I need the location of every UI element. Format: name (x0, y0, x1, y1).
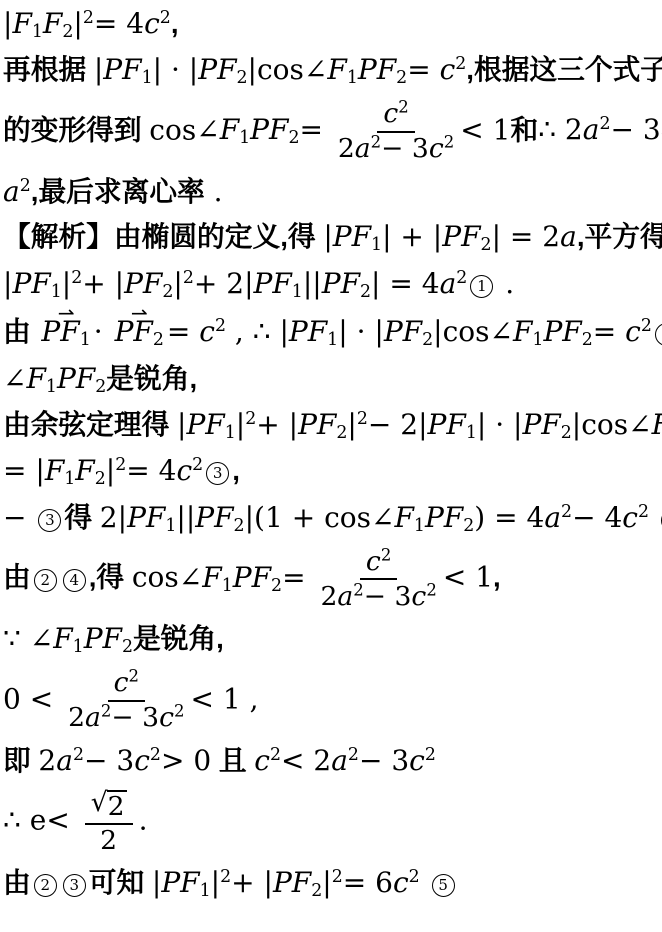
fraction-denominator: 2a2− 3c2 (338, 133, 454, 165)
chinese-text: ,平方得 (577, 221, 662, 252)
vector: ⇀PF2 (115, 312, 164, 351)
fraction-numerator: c2 (377, 99, 414, 133)
fraction-denominator: 2a2− 3c2 (320, 580, 436, 612)
math-run: ∴ (3, 804, 30, 837)
circled-equation-number: 3 (63, 874, 86, 897)
chinese-text: ,得 (89, 562, 132, 593)
math-roman: cos (149, 113, 196, 146)
math-line-9: 由余弦定理得 |PF1|2+ |PF2|2− 2|PF1| · |PF2|cos… (3, 407, 660, 444)
math-run: · (94, 315, 112, 348)
fraction: c22a2− 3c2 (338, 99, 454, 165)
math-run: ∠F1PF2= (196, 113, 332, 146)
math-line-4: a2,最后求离心率 . (3, 174, 660, 210)
chinese-text: ,根据这三个式子 (466, 54, 662, 85)
fraction: c22a2− 3c2 (68, 668, 184, 734)
math-line-2: 再根据 |PF1| · |PF2|cos∠F1PF2= c2,根据这三个式子 (3, 52, 660, 89)
chinese-text: , (232, 455, 240, 486)
chinese-text: 由 (3, 867, 31, 898)
math-run: < 1 (443, 561, 493, 594)
math-line-13: ∵ ∠F1PF2是锐角, (3, 621, 660, 658)
circled-equation-number: 3 (206, 462, 229, 485)
chinese-text: 再根据 (3, 54, 94, 85)
chinese-text: , (171, 8, 179, 39)
chinese-text: 由余弦定理得 (3, 409, 177, 440)
fraction-numerator: c2 (108, 668, 145, 702)
circled-equation-number: 5 (432, 874, 455, 897)
fraction: √22 (85, 788, 133, 856)
math-line-17: 由23可知 |PF1|2+ |PF2|2= 6c2 5 (3, 865, 660, 902)
chinese-text: , (493, 562, 501, 593)
math-run: < (46, 804, 78, 837)
math-run: |PF1| + |PF2| = 2a (323, 220, 577, 253)
math-run: < 1 , (190, 682, 258, 715)
math-run: < 1 (460, 113, 510, 146)
fraction-denominator: 2a2− 3c2 (68, 702, 184, 734)
math-run: a2 (3, 175, 31, 208)
circled-equation-number: 1 (470, 275, 493, 298)
circled-equation-number: 3 (38, 509, 61, 532)
math-run: . (205, 175, 223, 208)
math-run: − (3, 501, 35, 534)
chinese-text: 【解析】由椭圆的定义,得 (3, 221, 323, 252)
chinese-text: 由 (3, 562, 31, 593)
math-roman: e (30, 804, 47, 837)
radical-sign-icon: √ (91, 790, 108, 817)
math-run: ∠F1PF2 (628, 408, 662, 441)
math-run: |F1F2|2= 4c2 (3, 7, 171, 40)
math-run: |PF1|2+ |PF2|2= 6c2 (152, 866, 429, 899)
math-run: c2< 2a2− 3c2 (254, 744, 436, 777)
circled-equation-number: 2 (34, 874, 57, 897)
math-line-5: 【解析】由椭圆的定义,得 |PF1| + |PF2| = 2a,平方得 (3, 219, 660, 256)
math-roman: cos (324, 501, 371, 534)
vector: ⇀PF1 (41, 312, 90, 351)
math-run: |PF1|2+ |PF2|2+ 2|PF1||PF2| = 4a2 (3, 267, 467, 300)
math-run: 2 (100, 825, 117, 856)
chinese-text: 和 (510, 114, 538, 145)
fraction-numerator: √2 (85, 788, 133, 824)
math-line-10: = |F1F2|2= 4c23, (3, 453, 660, 490)
fraction: c22a2− 3c2 (320, 546, 436, 612)
math-run: ∠F1PF2 (3, 362, 106, 395)
chinese-text: ,最后求离心率 (31, 176, 205, 207)
math-run: = |F1F2|2= 4c2 (3, 454, 203, 487)
circled-equation-number: 2 (34, 569, 57, 592)
math-run: ∠F1PF2) = 4a2− 4c2 (371, 501, 658, 534)
math-line-7: 由 ⇀PF1· ⇀PF2= c2 , ∴ |PF1| · |PF2|cos∠F1… (3, 312, 660, 351)
math-run: 2|PF1||PF2|(1 + (100, 501, 324, 534)
math-run: ∵ ∠F1PF2 (3, 622, 133, 655)
math-run: 0 < (3, 682, 62, 715)
chinese-text: 由 (3, 316, 38, 347)
vector-arrow-icon: ⇀ (131, 300, 148, 326)
chinese-text: 即 (3, 745, 38, 776)
math-line-11: − 3得 2|PF1||PF2|(1 + cos∠F1PF2) = 4a2− 4… (3, 500, 660, 537)
square-root: √2 (91, 790, 127, 821)
vector-arrow-icon: ⇀ (58, 300, 75, 326)
math-roman: cos (581, 408, 628, 441)
math-run: c2 (366, 546, 391, 577)
math-run: ∴ 2a2− 3c2≤ (538, 113, 662, 146)
math-line-12: 由24,得 cos∠F1PF2= c22a2− 3c2< 1, (3, 546, 660, 612)
math-run: . (496, 267, 514, 300)
chinese-text: 的变形得到 (3, 114, 149, 145)
circled-equation-number: 4 (63, 569, 86, 592)
math-run: 2a2− 3c2 (320, 581, 436, 612)
math-roman: cos (443, 315, 490, 348)
math-run: |PF1|2+ |PF2|2− 2|PF1| · |PF2| (177, 408, 581, 441)
math-run: 2a2− 3c2 (68, 702, 184, 733)
math-run: c2 (114, 667, 139, 698)
chinese-text: 是锐角, (133, 623, 224, 654)
circled-equation-number: 2 (655, 323, 662, 346)
math-line-8: ∠F1PF2是锐角, (3, 361, 660, 398)
math-run: . (139, 804, 148, 837)
math-run: |PF1| · |PF2| (94, 53, 257, 86)
math-run: ∠F1PF2= c2 (490, 315, 652, 348)
chinese-text: 可知 (89, 867, 152, 898)
chinese-text: 且 (211, 745, 254, 776)
math-line-16: ∴ e< √22. (3, 788, 660, 856)
math-run: = c2 , ∴ |PF1| · |PF2| (167, 315, 443, 348)
math-line-6: |PF1|2+ |PF2|2+ 2|PF1||PF2| = 4a21 . (3, 266, 660, 303)
math-run: 2a2− 3c2> 0 (38, 744, 211, 777)
math-run: ∠F1PF2= c2 (304, 53, 466, 86)
math-run: 2a2− 3c2 (338, 133, 454, 164)
chinese-text: 得 (64, 502, 99, 533)
math-line-14: 0 < c22a2− 3c2< 1 , (3, 668, 660, 734)
fraction-denominator: 2 (100, 825, 117, 857)
math-solution-document: |F1F2|2= 4c2,再根据 |PF1| · |PF2|cos∠F1PF2=… (0, 0, 662, 903)
math-run: ∠F1PF2= (179, 561, 315, 594)
math-line-15: 即 2a2− 3c2> 0 且 c2< 2a2− 3c2 (3, 743, 660, 779)
math-roman: cos (132, 561, 179, 594)
fraction-numerator: c2 (360, 546, 397, 580)
math-line-3: 的变形得到 cos∠F1PF2= c22a2− 3c2< 1和∴ 2a2− 3c… (3, 99, 660, 165)
math-line-1: |F1F2|2= 4c2, (3, 6, 660, 43)
math-roman: cos (257, 53, 304, 86)
math-run: c2 (383, 98, 408, 129)
chinese-text: 是锐角, (106, 363, 197, 394)
